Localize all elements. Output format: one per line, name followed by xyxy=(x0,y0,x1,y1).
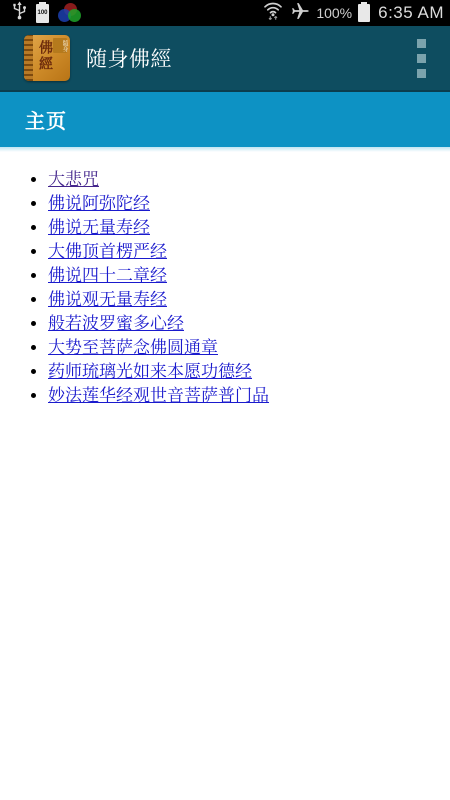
list-item: 大势至菩萨念佛圆通章 xyxy=(48,336,440,360)
app-logo-icon: 佛經 隨身 xyxy=(24,35,70,81)
wifi-icon xyxy=(262,0,284,26)
list-item: 般若波罗蜜多心经 xyxy=(48,312,440,336)
list-item: 妙法莲华经观世音菩萨普门品 xyxy=(48,384,440,408)
sutra-link[interactable]: 妙法莲华经观世音菩萨普门品 xyxy=(48,386,269,405)
sutra-link[interactable]: 大佛顶首楞严经 xyxy=(48,242,167,261)
list-item: 大悲咒 xyxy=(48,168,440,192)
battery-icon xyxy=(358,4,370,22)
sutra-link[interactable]: 佛说无量寿经 xyxy=(48,218,150,237)
sutra-link[interactable]: 药师琉璃光如来本愿功德经 xyxy=(48,362,252,381)
app-title: 随身佛經 xyxy=(86,43,172,73)
app-bar: 佛經 隨身 随身佛經 xyxy=(0,26,450,90)
sutra-link[interactable]: 佛说阿弥陀经 xyxy=(48,194,150,213)
main-content: 大悲咒佛说阿弥陀经佛说无量寿经大佛顶首楞严经佛说四十二章经佛说观无量寿经般若波罗… xyxy=(0,152,450,408)
color-circles-icon xyxy=(58,3,82,23)
sutra-link[interactable]: 佛说四十二章经 xyxy=(48,266,167,285)
list-item: 药师琉璃光如来本愿功德经 xyxy=(48,360,440,384)
overflow-menu-icon[interactable] xyxy=(407,31,436,86)
book-binding-decoration xyxy=(24,35,33,81)
status-bar-left: 100 xyxy=(12,1,82,25)
list-item: 佛说无量寿经 xyxy=(48,216,440,240)
list-item: 佛说四十二章经 xyxy=(48,264,440,288)
list-item: 大佛顶首楞严经 xyxy=(48,240,440,264)
battery-percent-label: 100% xyxy=(316,5,352,21)
battery-100-label: 100 xyxy=(37,10,47,16)
sutra-link[interactable]: 般若波罗蜜多心经 xyxy=(48,314,184,333)
clock-label: 6:35 AM xyxy=(376,3,444,23)
page-header: 主页 xyxy=(0,90,450,147)
status-bar: 100 100% xyxy=(0,0,450,26)
usb-icon xyxy=(12,1,27,25)
list-item: 佛说阿弥陀经 xyxy=(48,192,440,216)
list-item: 佛说观无量寿经 xyxy=(48,288,440,312)
sutra-list: 大悲咒佛说阿弥陀经佛说无量寿经大佛顶首楞严经佛说四十二章经佛说观无量寿经般若波罗… xyxy=(0,168,440,408)
sutra-link[interactable]: 佛说观无量寿经 xyxy=(48,290,167,309)
app-icon-corner-label: 隨身 xyxy=(53,38,67,53)
airplane-mode-icon xyxy=(290,1,310,26)
app-icon-vertical-label: 佛經 xyxy=(38,40,53,72)
sutra-link[interactable]: 大势至菩萨念佛圆通章 xyxy=(48,338,218,357)
sutra-link[interactable]: 大悲咒 xyxy=(48,170,99,189)
status-bar-right: 100% 6:35 AM xyxy=(262,0,444,26)
battery-100-icon: 100 xyxy=(36,4,49,23)
page-title: 主页 xyxy=(25,105,67,134)
